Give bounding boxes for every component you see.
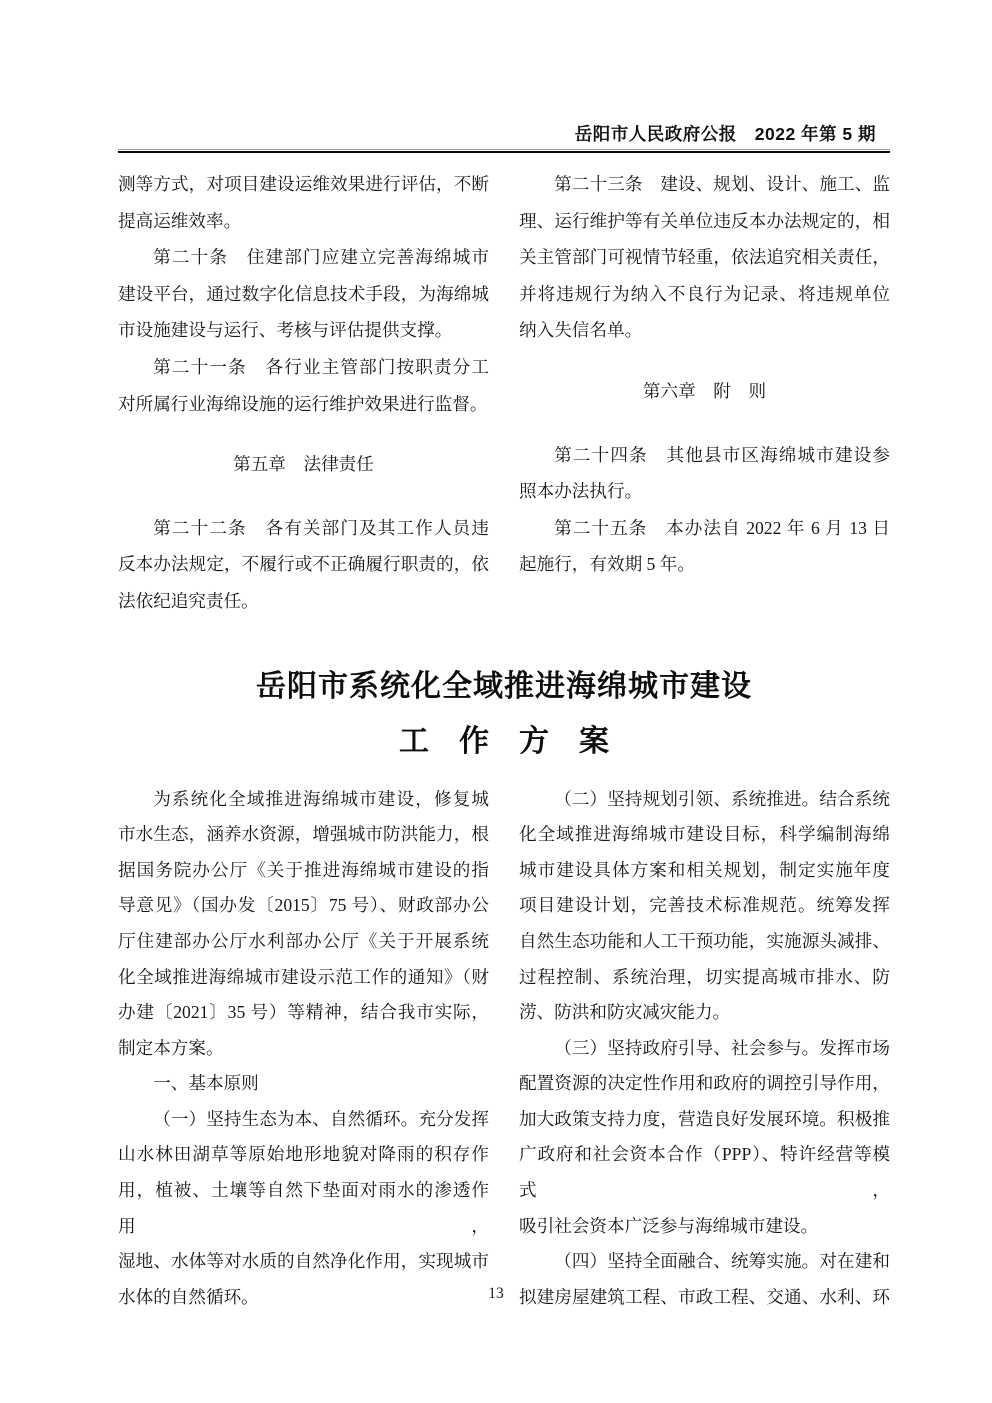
text-line: 过程控制、系统治理，切实提高城市排水、防 bbox=[519, 960, 890, 996]
article-title-block: 岳阳市系统化全域推进海绵城市建设 工作方案 bbox=[118, 666, 890, 763]
article-body-section: 为系统化全域推进海绵城市建设，修复城市水生态，涵养水资源，增强城市防洪能力，根据… bbox=[118, 782, 890, 1316]
text-line: 项目建设计划，完善技术标准规范。统筹发挥 bbox=[519, 888, 890, 924]
text-line: 厅住建部办公厅水利部办公厅《关于开展系统 bbox=[118, 924, 489, 960]
masthead-rule bbox=[118, 149, 890, 153]
text-line: 导意见》（国办发〔2015〕75 号）、财政部办公 bbox=[118, 888, 489, 924]
text-line: 第二十三条 建设、规划、设计、施工、监 bbox=[519, 166, 890, 203]
article-title-line1: 岳阳市系统化全域推进海绵城市建设 bbox=[118, 666, 890, 708]
text-line: （一）坚持生态为本、自然循环。充分发挥 bbox=[118, 1102, 489, 1138]
chapter-heading: 第五章 法律责任 bbox=[118, 446, 489, 483]
text-line: 加大政策支持力度，营造良好发展环境。积极推 bbox=[519, 1102, 890, 1138]
right-column: 第二十三条 建设、规划、设计、施工、监理、运行维护等有关单位违反本办法规定的，相… bbox=[519, 166, 890, 620]
text-line: 化全域推进海绵城市建设示范工作的通知》（财 bbox=[118, 960, 489, 996]
text-line: 广政府和社会资本合作（PPP）、特许经营等模式， bbox=[519, 1137, 890, 1208]
text-line: 配置资源的决定性作用和政府的调控引导作用， bbox=[519, 1066, 890, 1102]
text-line: 一、基本原则 bbox=[118, 1066, 489, 1102]
text-line: 制定本方案。 bbox=[118, 1031, 489, 1067]
text-line: 城市建设具体方案和相关规划，制定实施年度 bbox=[519, 853, 890, 889]
text-line: 第二十二条 各有关部门及其工作人员违 bbox=[118, 510, 489, 547]
text-line: 测等方式，对项目建设运维效果进行评估，不断 bbox=[118, 166, 489, 203]
gazette-masthead: 岳阳市人民政府公报 2022 年第 5 期 bbox=[118, 122, 890, 146]
page-number: 13 bbox=[0, 1283, 992, 1305]
page-content: 岳阳市人民政府公报 2022 年第 5 期 测等方式，对项目建设运维效果进行评估… bbox=[118, 0, 890, 1315]
text-line: 山水林田湖草等原始地形地貌对降雨的积存作 bbox=[118, 1137, 489, 1173]
text-line: 第二十四条 其他县市区海绵城市建设参 bbox=[519, 437, 890, 474]
text-line: 市水生态，涵养水资源，增强城市防洪能力，根 bbox=[118, 817, 489, 853]
gazette-page: 岳阳市人民政府公报 2022 年第 5 期 测等方式，对项目建设运维效果进行评估… bbox=[0, 0, 992, 1403]
text-line: 据国务院办公厅《关于推进海绵城市建设的指 bbox=[118, 853, 489, 889]
text-line: 提高运维效率。 bbox=[118, 203, 489, 240]
text-line: 办建〔2021〕35 号）等精神，结合我市实际， bbox=[118, 995, 489, 1031]
text-line: 化全域推进海绵城市建设目标，科学编制海绵 bbox=[519, 817, 890, 853]
text-line: 吸引社会资本广泛参与海绵城市建设。 bbox=[519, 1209, 890, 1245]
text-line: 第二十一条 各行业主管部门按职责分工 bbox=[118, 349, 489, 386]
text-line: 纳入失信名单。 bbox=[519, 312, 890, 349]
text-line: 法依纪追究责任。 bbox=[118, 583, 489, 620]
text-line: 第二十五条 本办法自 2022 年 6 月 13 日 bbox=[519, 510, 890, 547]
text-line: 建设平台，通过数字化信息技术手段，为海绵城 bbox=[118, 276, 489, 313]
left-column: 测等方式，对项目建设运维效果进行评估，不断提高运维效率。第二十条 住建部门应建立… bbox=[118, 166, 489, 620]
left-column: 为系统化全域推进海绵城市建设，修复城市水生态，涵养水资源，增强城市防洪能力，根据… bbox=[118, 782, 489, 1316]
text-line: 理、运行维护等有关单位违反本办法规定的，相 bbox=[519, 203, 890, 240]
text-line: 为系统化全域推进海绵城市建设，修复城 bbox=[118, 782, 489, 818]
text-line: 并将违规行为纳入不良行为记录、将违规单位 bbox=[519, 276, 890, 313]
text-line: 涝、防洪和防灾减灾能力。 bbox=[519, 995, 890, 1031]
text-line: 反本办法规定，不履行或不正确履行职责的，依 bbox=[118, 546, 489, 583]
text-line: （二）坚持规划引领、系统推进。结合系统 bbox=[519, 782, 890, 818]
text-line: 照本办法执行。 bbox=[519, 473, 890, 510]
text-line: （四）坚持全面融合、统筹实施。对在建和 bbox=[519, 1244, 890, 1280]
text-line: 湿地、水体等对水质的自然净化作用，实现城市 bbox=[118, 1244, 489, 1280]
text-line: 第二十条 住建部门应建立完善海绵城市 bbox=[118, 239, 489, 276]
text-line: 自然生态功能和人工干预功能，实施源头减排、 bbox=[519, 924, 890, 960]
text-line: （三）坚持政府引导、社会参与。发挥市场 bbox=[519, 1031, 890, 1067]
text-line: 用，植被、土壤等自然下垫面对雨水的渗透作用， bbox=[118, 1173, 489, 1244]
right-column: （二）坚持规划引领、系统推进。结合系统化全域推进海绵城市建设目标，科学编制海绵城… bbox=[519, 782, 890, 1316]
text-line: 关主管部门可视情节轻重，依法追究相关责任， bbox=[519, 239, 890, 276]
article-title-line2: 工作方案 bbox=[118, 721, 890, 763]
text-line: 市设施建设与运行、考核与评估提供支撑。 bbox=[118, 312, 489, 349]
text-line: 对所属行业海绵设施的运行维护效果进行监督。 bbox=[118, 386, 489, 423]
article-end-section: 测等方式，对项目建设运维效果进行评估，不断提高运维效率。第二十条 住建部门应建立… bbox=[118, 166, 890, 620]
chapter-heading: 第六章 附 则 bbox=[519, 373, 890, 410]
text-line: 起施行，有效期 5 年。 bbox=[519, 546, 890, 583]
